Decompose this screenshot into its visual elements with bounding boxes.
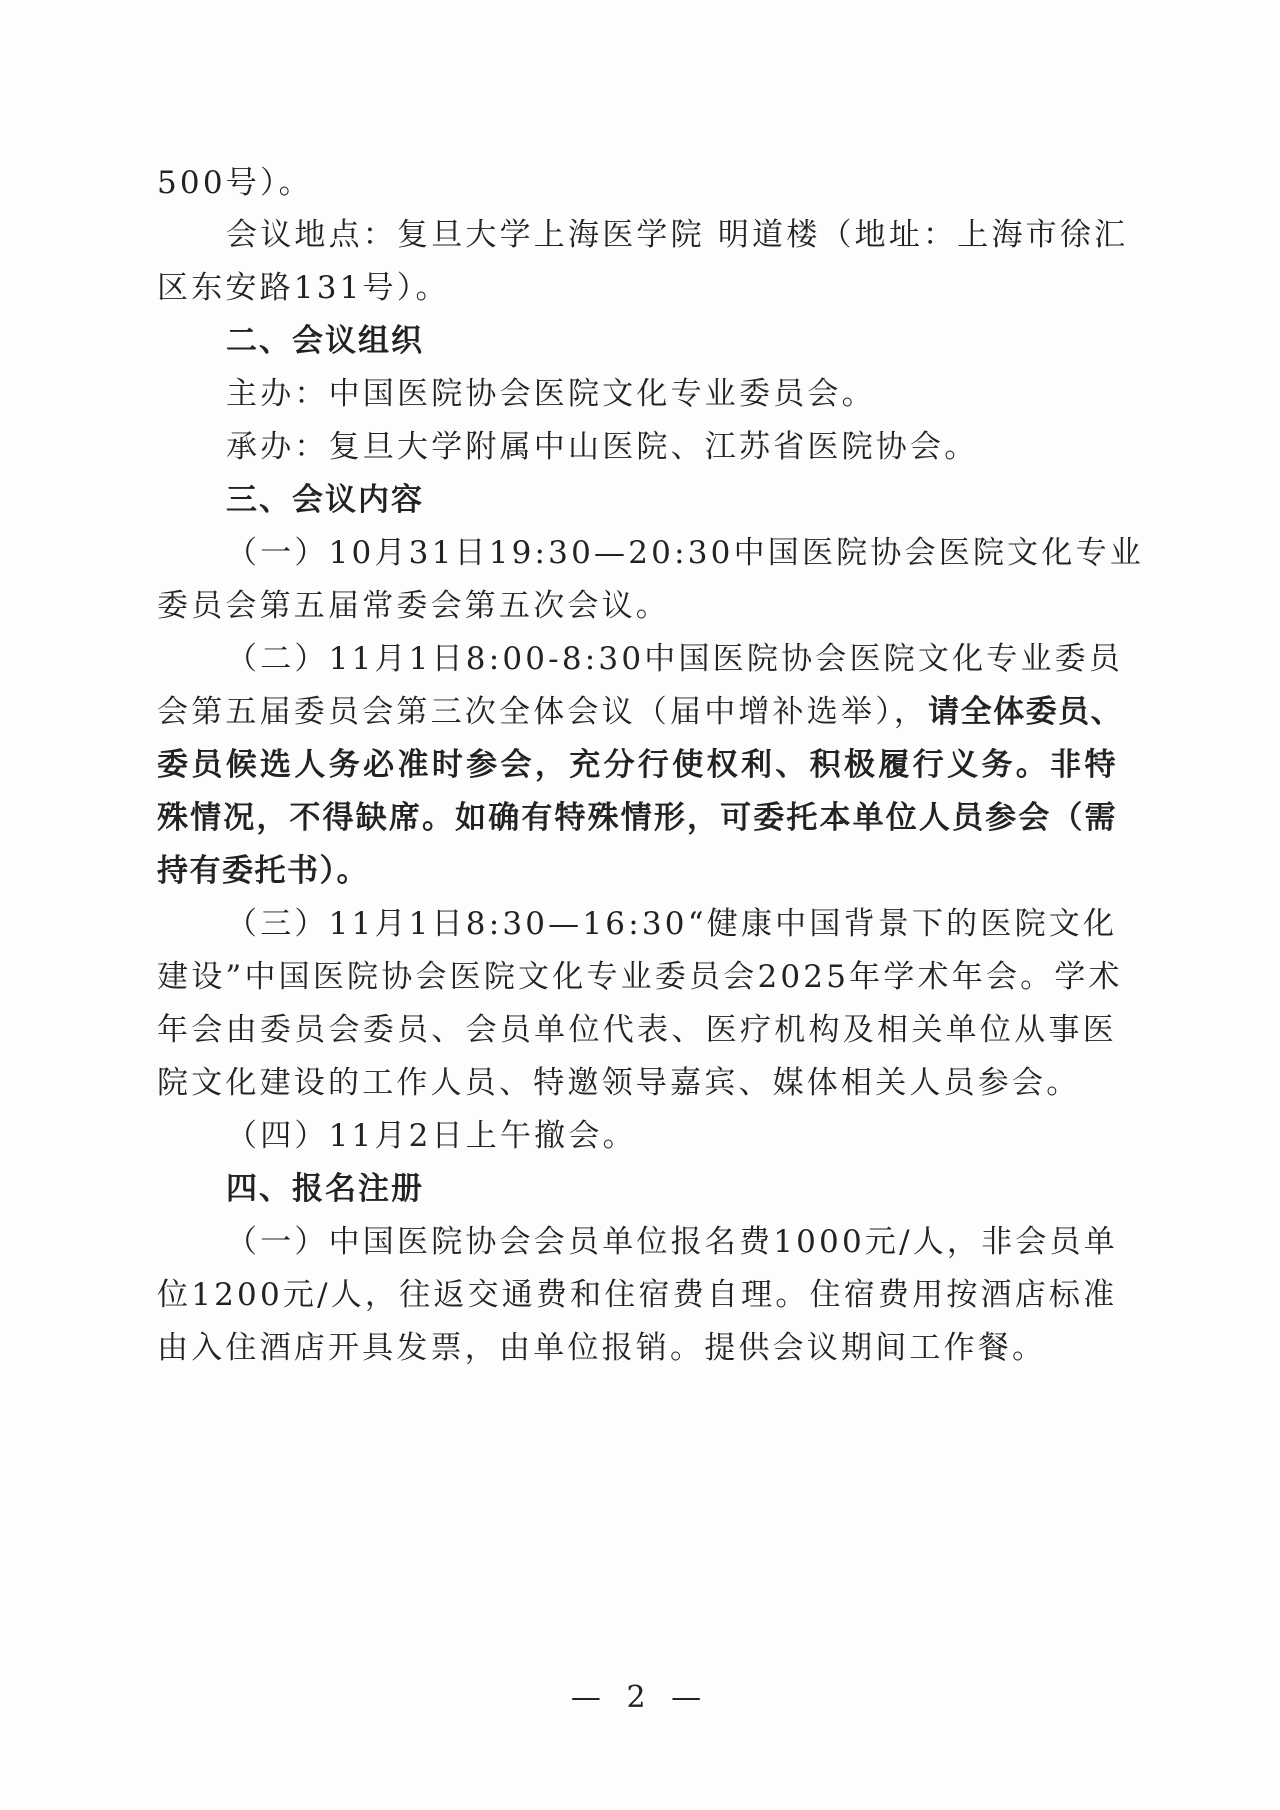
- document-page: 500号）。 会议地点：复旦大学上海医学院 明道楼（地址：上海市徐汇 区东安路1…: [0, 0, 1280, 1810]
- agenda-item-3-continuation-1: 建设”中国医院协会医院文化专业委员会2025年学术年会。学术: [157, 957, 1117, 997]
- section-heading-content: 三、会议内容: [226, 480, 1117, 520]
- registration-fee-continuation-2: 由入住酒店开具发票，由单位报销。提供会议期间工作餐。: [157, 1328, 1117, 1368]
- registration-fee-continuation-1: 位1200元/人，往返交通费和住宿费自理。住宿费用按酒店标准: [157, 1275, 1117, 1315]
- venue-address-continuation: 区东安路131号）。: [157, 268, 1117, 308]
- agenda-item-2-continuation: 会第五届委员会第三次全体会议（届中增补选举），请全体委员、: [157, 692, 1117, 732]
- agenda-item-4: （四）11月2日上午撤会。: [226, 1116, 1117, 1156]
- section-heading-registration: 四、报名注册: [226, 1169, 1117, 1209]
- section-heading-organization: 二、会议组织: [226, 321, 1117, 361]
- attendance-notice-line-2: 殊情况，不得缺席。如确有特殊情形，可委托本单位人员参会（需: [157, 798, 1117, 838]
- agenda-item-2: （二）11月1日8:00-8:30中国医院协会医院文化专业委员: [226, 639, 1117, 679]
- organizer-line: 承办：复旦大学附属中山医院、江苏省医院协会。: [226, 427, 1117, 467]
- agenda-item-3-continuation-3: 院文化建设的工作人员、特邀领导嘉宾、媒体相关人员参会。: [157, 1063, 1117, 1103]
- agenda-item-3: （三）11月1日8:30—16:30“健康中国背景下的医院文化: [226, 904, 1117, 944]
- host-line: 主办：中国医院协会医院文化专业委员会。: [226, 374, 1117, 414]
- address-continuation: 500号）。: [157, 163, 1117, 203]
- page-number: — 2 —: [0, 1680, 1280, 1715]
- agenda-item-1: （一）10月31日19:30—20:30中国医院协会医院文化专业: [226, 533, 1117, 573]
- attendance-notice-line-3: 持有委托书）。: [157, 851, 1117, 891]
- agenda-item-2-text: 会第五届委员会第三次全体会议（届中增补选举），: [157, 694, 928, 730]
- attendance-notice-line-1: 委员候选人务必准时参会，充分行使权利、积极履行义务。非特: [157, 745, 1117, 785]
- agenda-item-3-continuation-2: 年会由委员会委员、会员单位代表、医疗机构及相关单位从事医: [157, 1010, 1117, 1050]
- venue-line: 会议地点：复旦大学上海医学院 明道楼（地址：上海市徐汇: [226, 215, 1117, 255]
- registration-fee-line: （一）中国医院协会会员单位报名费1000元/人，非会员单: [226, 1222, 1117, 1262]
- attendance-notice-start: 请全体委员、: [928, 694, 1123, 730]
- agenda-item-1-continuation: 委员会第五届常委会第五次会议。: [157, 586, 1117, 626]
